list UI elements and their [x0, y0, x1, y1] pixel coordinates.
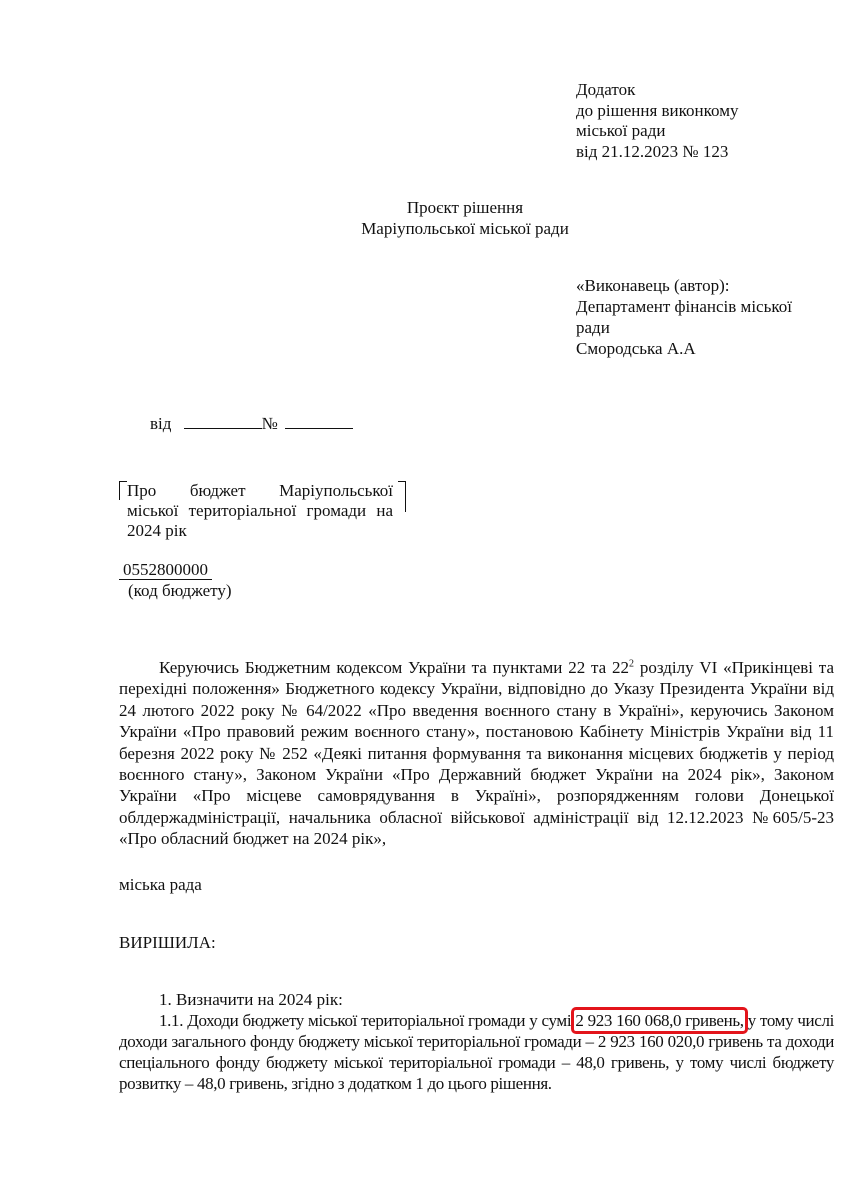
title-line-council: Маріупольської міської ради [0, 219, 846, 240]
preamble-text-1: Керуючись Бюджетним кодексом України та … [159, 658, 629, 677]
title-line-project: Проєкт рішення [0, 198, 846, 219]
decision-item-1-1-prefix: 1.1. Доходи бюджету міської територіальн… [159, 1011, 571, 1030]
date-blank [184, 414, 262, 429]
decision-item-1: 1. Визначити на 2024 рік: [119, 989, 834, 1010]
appendix-line-date: від 21.12.2023 № 123 [576, 142, 738, 163]
date-number-line: від № [150, 414, 353, 434]
appendix-header: Додаток до рішення виконкому міської рад… [576, 80, 738, 162]
decision-item-1-1: 1.1. Доходи бюджету міської територіальн… [119, 1010, 834, 1094]
subject-line: Про бюджет Маріупольської [127, 481, 393, 501]
document-title: Проєкт рішення Маріупольської міської ра… [0, 198, 846, 240]
resolved-heading: ВИРІШИЛА: [119, 933, 216, 953]
subject-bracket-right [398, 481, 406, 512]
appendix-line-decision: до рішення виконкому [576, 101, 738, 122]
revenue-total-highlight: 2 923 160 068,0 гривень, [575, 1011, 743, 1030]
executor-department: Департамент фінансів міської [576, 297, 792, 318]
subject-bracket-left [119, 481, 127, 500]
subject-line: 2024 рік [127, 521, 393, 541]
appendix-title: Додаток [576, 80, 738, 101]
number-label: № [262, 414, 278, 433]
council-label: міська рада [119, 875, 202, 895]
executor-department-cont: ради [576, 318, 792, 339]
subject-block: Про бюджет Маріупольської міської терито… [127, 481, 393, 541]
preamble-text-2: розділу VI «Прикінцеві та перехідні поло… [119, 658, 834, 848]
executor-label: «Виконавець (автор): [576, 276, 792, 297]
budget-code-block: 0552800000 (код бюджету) [119, 560, 232, 601]
budget-code-caption: (код бюджету) [128, 580, 232, 601]
subject-line: міської територіальної громади на [127, 501, 393, 521]
budget-code-value: 0552800000 [119, 560, 212, 580]
executor-block: «Виконавець (автор): Департамент фінансі… [576, 276, 792, 360]
number-blank [285, 414, 353, 429]
date-from-label: від [150, 414, 171, 433]
preamble-paragraph: Керуючись Бюджетним кодексом України та … [119, 657, 834, 850]
appendix-line-council: міської ради [576, 121, 738, 142]
executor-name: Смородська А.А [576, 339, 792, 360]
decision-section: 1. Визначити на 2024 рік: 1.1. Доходи бю… [119, 989, 834, 1094]
